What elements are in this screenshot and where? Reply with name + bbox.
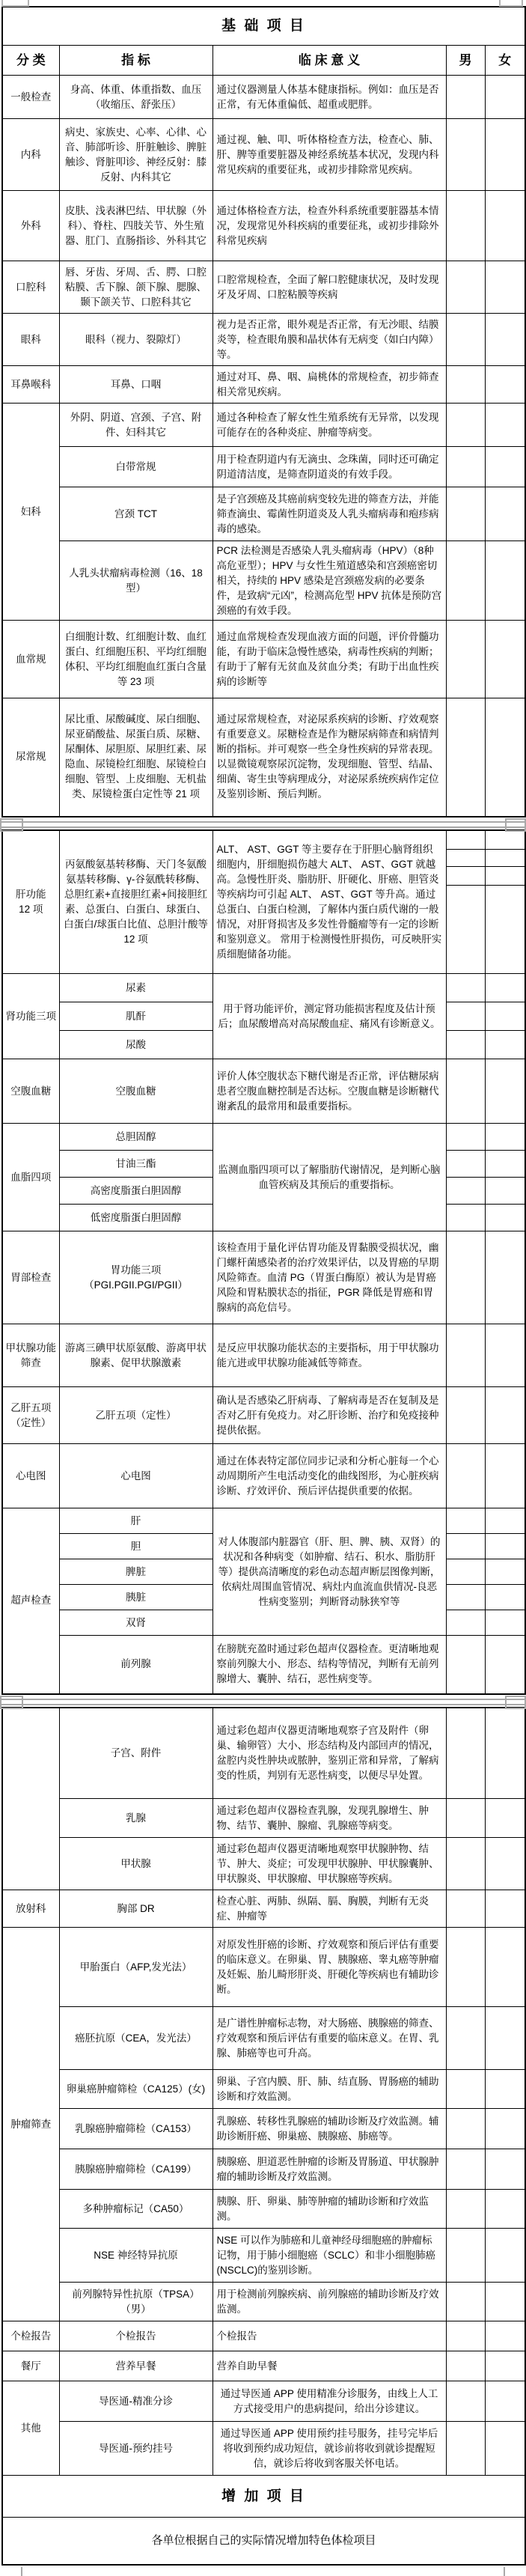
- table-row: 外科皮肤、浅表淋巴结、甲状腺（外科）、脊柱、四肢关节、外生殖器、肛门、直肠指诊、…: [2, 191, 525, 261]
- male-mark-cell: [446, 1231, 485, 1324]
- male-mark-cell: [446, 541, 485, 621]
- category-cell: 心电图: [2, 1444, 59, 1508]
- category-cell: 个检报告: [2, 2321, 59, 2351]
- female-mark-cell: [485, 1508, 525, 1534]
- male-mark-cell: [446, 191, 485, 261]
- male-mark-cell: [446, 447, 485, 487]
- male-mark-cell: [446, 2422, 485, 2476]
- clinical-meaning-cell: 用于检测前列腺疾病、前列腺癌的辅助诊断及疗效监测。: [212, 2283, 446, 2321]
- clinical-meaning-cell: PCR 法检测是否感染人乳头瘤病毒（HPV）（8种高危亚型）；HPV 与女性生殖…: [212, 541, 446, 621]
- female-mark-cell: [485, 1444, 525, 1508]
- female-mark-cell: [485, 2321, 525, 2351]
- male-mark-cell: [446, 2007, 485, 2070]
- male-mark-cell: [446, 1031, 485, 1059]
- male-mark-cell: [446, 2321, 485, 2351]
- table-row: 乳腺癌肿瘤筛检（CA153）乳腺癌、转移性乳腺癌的辅助诊断及疗效监测。辅助诊断肝…: [2, 2109, 525, 2149]
- male-mark-cell: [446, 119, 485, 191]
- male-mark-cell: [446, 1387, 485, 1444]
- indicator-cell: 胸部 DR: [59, 1890, 212, 1928]
- table-row: 乳腺通过彩色超声仪器检查乳腺，发现乳腺增生、肿物、结节、囊肿、腺瘤、乳腺癌等病变…: [2, 1799, 525, 1838]
- female-mark-cell: [485, 1324, 525, 1387]
- female-mark-cell: [485, 119, 525, 191]
- female-mark-cell: [485, 830, 525, 974]
- clinical-meaning-cell: 个检报告: [212, 2321, 446, 2351]
- sub-divider-cell: [486, 867, 525, 886]
- male-mark-cell: [446, 404, 485, 447]
- column-header-female: 女: [485, 46, 525, 76]
- clinical-meaning-cell: 胰腺、肝、卵巢、肺等肿瘤的辅助诊断和疗效监测。: [212, 2190, 446, 2229]
- table-row: 人乳头状瘤病毒检测（16、18型）PCR 法检测是否感染人乳头瘤病毒（HPV）（…: [2, 541, 525, 621]
- male-mark-cell: [446, 2109, 485, 2149]
- male-mark-cell: [446, 1002, 485, 1031]
- clinical-meaning-cell: 是反应甲状腺功能状态的主要指标，用于甲状腺功能亢进或甲状腺功能减低等筛查。: [212, 1324, 446, 1387]
- category-cell: 一般检查: [2, 76, 59, 119]
- indicator-cell: 甲状腺: [59, 1838, 212, 1890]
- female-mark-cell: [485, 1124, 525, 1151]
- clinical-meaning-cell: 检查心脏、两肺、纵隔、膈、胸膜，判断有无炎症、肿瘤等: [212, 1890, 446, 1928]
- indicator-cell: 甲胎蛋白（AFP,发光法）: [59, 1928, 212, 2007]
- page-margin-marker-top-right: [499, 0, 523, 7]
- page-break-bar: [0, 1699, 526, 1705]
- indicator-cell: 高密度脂蛋白胆固醇: [59, 1178, 212, 1205]
- female-mark-cell: [485, 1151, 525, 1178]
- indicator-cell: 眼科（视力、裂隙灯）: [59, 314, 212, 366]
- female-mark-cell: [485, 1838, 525, 1890]
- clinical-meaning-cell: 评价人体空腹状态下糖代谢是否正常，评估糖尿病患者空腹血糖控制是否达标。空腹血糖是…: [212, 1059, 446, 1124]
- male-mark-cell: [446, 2229, 485, 2283]
- clinical-meaning-cell: 口腔常规检查，全面了解口腔健康状况，及时发现牙及牙周、口腔粘膜等疾病: [212, 261, 446, 314]
- table-row: 心电图心电图通过在体表特定部位同步记录和分析心脏每一个心动周期所产生电活动变化的…: [2, 1444, 525, 1508]
- category-cell: 妇科: [2, 404, 59, 621]
- female-mark-cell: [485, 2351, 525, 2381]
- table-row: 胃部检查胃功能三项 （PGI.PGII.PGI/PGII）该检查用于量化评估胃功…: [2, 1231, 525, 1324]
- category-cell: 胃部检查: [2, 1231, 59, 1324]
- female-mark-cell: [485, 261, 525, 314]
- table-row: 前列腺特异性抗原（TPSA）（男）用于检测前列腺疾病、前列腺癌的辅助诊断及疗效监…: [2, 2283, 525, 2321]
- male-mark-cell: [446, 1636, 485, 1694]
- page-break-marker-right: [505, 818, 526, 832]
- table-row: 血脂四项总胆固醇监测血脂四项可以了解脂肪代谢情况，是判断心脑血管疾病及其预后的重…: [2, 1124, 525, 1151]
- female-mark-cell: [485, 1231, 525, 1324]
- female-mark-cell: [485, 1636, 525, 1694]
- female-mark-cell: [485, 541, 525, 621]
- female-mark-cell: [485, 2381, 525, 2422]
- indicator-cell: 尿素: [59, 974, 212, 1002]
- male-mark-cell: [446, 1890, 485, 1928]
- female-mark-cell: [485, 1799, 525, 1838]
- female-mark-cell: [485, 1610, 525, 1636]
- category-cell: [2, 1708, 59, 1890]
- clinical-meaning-cell: 用于肾功能评价，测定肾功能损害程度及估计预后；血尿酸增高对高尿酸血症、痛风有诊断…: [212, 974, 446, 1059]
- indicator-cell: 乳腺癌肿瘤筛检（CA153）: [59, 2109, 212, 2149]
- table-row: 血常规白细胞计数、红细胞计数、血红蛋白、红细胞压积、平均红细胞体积、平均红细胞血…: [2, 621, 525, 698]
- clinical-meaning-cell: 乳腺癌、转移性乳腺癌的辅助诊断及疗效监测。辅助诊断肝癌、卵巢癌、胰腺癌、肺癌等。: [212, 2109, 446, 2149]
- page-break-marker-left: [0, 1696, 23, 1709]
- section-title-added-items: 增 加 项 目: [2, 2476, 525, 2518]
- male-mark-cell: [446, 2190, 485, 2229]
- male-mark-cell: [446, 1708, 485, 1799]
- table-row: 胰腺癌肿瘤筛检（CA199）胰腺癌、胆道恶性肿瘤的诊断及胃肠道、甲状腺肿瘤的辅助…: [2, 2149, 525, 2190]
- female-mark-cell: [485, 2070, 525, 2109]
- clinical-meaning-cell: 确认是否感染乙肝病毒、了解病毒是否在复制及是否对乙肝有免疫力。对乙肝诊断、治疗和…: [212, 1387, 446, 1444]
- indicator-cell: 游离三碘甲状原氨酸、游离甲状腺素、促甲状腺激素: [59, 1324, 212, 1387]
- table-row: 内科病史、家族史、心率、心律、心音、肺部听诊、肝脏触诊、脾脏触诊、肾脏叩诊、神经…: [2, 119, 525, 191]
- column-header-clinical-meaning: 临 床 意 义: [212, 46, 446, 76]
- female-mark-cell: [485, 2283, 525, 2321]
- sub-divider-cell: [447, 867, 485, 886]
- clinical-meaning-cell: ALT、 AST、GGT 等主要存在于肝胆心脑肾组织细胞内，肝细胞损伤越大 AL…: [212, 830, 446, 974]
- clinical-meaning-cell: 通过彩色超声仪器更清晰地观察子宫及附件（卵巢、输卵管）大小、形态结构及内部回声的…: [212, 1708, 446, 1799]
- indicator-cell: 乙肝五项（定性）: [59, 1387, 212, 1444]
- female-mark-cell: [485, 1559, 525, 1585]
- indicator-cell: 前列腺特异性抗原（TPSA）（男）: [59, 2283, 212, 2321]
- table-row: 肾功能三项尿素用于肾功能评价，测定肾功能损害程度及估计预后；血尿酸增高对高尿酸血…: [2, 974, 525, 1002]
- table-row: 甲状腺功能筛查游离三碘甲状原氨酸、游离甲状腺素、促甲状腺激素是反应甲状腺功能状态…: [2, 1324, 525, 1387]
- indicator-cell: 丙氨酸氨基转移酶、天门冬氨酸氨基转移酶、γ-谷氨酰转移酶、总胆红素+直接胆红素+…: [59, 830, 212, 974]
- category-cell: 口腔科: [2, 261, 59, 314]
- indicator-cell: 肝: [59, 1508, 212, 1534]
- male-mark-cell: [446, 974, 485, 1002]
- table-row: 耳鼻喉科耳鼻、口咽通过对耳、鼻、咽、扁桃体的常规检查，初步筛查相关常见疾病。: [2, 366, 525, 404]
- category-cell: 耳鼻喉科: [2, 366, 59, 404]
- clinical-meaning-cell: 通过彩色超声仪器更清晰地观察甲状腺肿物、结节、肿大、炎症；可发现甲状腺肿、甲状腺…: [212, 1838, 446, 1890]
- male-mark-cell: [446, 2070, 485, 2109]
- clinical-meaning-cell: 胰腺癌、胆道恶性肿瘤的诊断及胃肠道、甲状腺肿瘤的辅助诊断及疗效监测。: [212, 2149, 446, 2190]
- male-mark-cell: [446, 1324, 485, 1387]
- clinical-meaning-cell: 通过彩色超声仪器检查乳腺，发现乳腺增生、肿物、结节、囊肿、腺瘤、乳腺癌等病变。: [212, 1799, 446, 1838]
- female-mark-cell: [485, 1002, 525, 1031]
- table-row: 各单位根据自己的实际情况增加特色体检项目: [2, 2518, 525, 2566]
- exam-items-table: 肝功能 12 项丙氨酸氨基转移酶、天门冬氨酸氨基转移酶、γ-谷氨酰转移酶、总胆红…: [1, 829, 526, 1695]
- female-mark-cell: [485, 1387, 525, 1444]
- clinical-meaning-cell: 对人体腹部内脏器官（肝、胆、脾、胰、双肾）的状况和各种病变（如肿瘤、结石、积水、…: [212, 1508, 446, 1636]
- page-break-marker-right: [505, 1696, 526, 1709]
- indicator-cell: 唇、牙齿、牙周、舌、腭、口腔粘膜、舌下腺、颌下腺、腮腺、颞下颌关节、口腔科其它: [59, 261, 212, 314]
- female-mark-cell: [485, 1534, 525, 1559]
- indicator-cell: 宫颈 TCT: [59, 487, 212, 541]
- page-margin-marker-top-left: [1, 0, 29, 7]
- indicator-cell: 心电图: [59, 1444, 212, 1508]
- clinical-meaning-cell: 是子宫颈癌及其癌前病变较先进的筛查方法，并能筛查滴虫、霉菌性阴道炎及人乳头瘤病毒…: [212, 487, 446, 541]
- sub-divider-cell: [486, 850, 525, 867]
- table-row: 口腔科唇、牙齿、牙周、舌、腭、口腔粘膜、舌下腺、颌下腺、腮腺、颞下颌关节、口腔科…: [2, 261, 525, 314]
- exam-table-page-2: 肝功能 12 项丙氨酸氨基转移酶、天门冬氨酸氨基转移酶、γ-谷氨酰转移酶、总胆红…: [0, 829, 526, 1695]
- table-row: 尿常规尿比重、尿酸碱度、尿白细胞、尿亚硝酸盐、尿蛋白质、尿糖、尿酮体、尿胆原、尿…: [2, 698, 525, 817]
- category-cell: 血脂四项: [2, 1124, 59, 1231]
- indicator-cell: 脾脏: [59, 1559, 212, 1585]
- male-mark-cell: [446, 1928, 485, 2007]
- female-mark-cell: [485, 1890, 525, 1928]
- male-mark-cell: [446, 2283, 485, 2321]
- indicator-cell: 胰脏: [59, 1585, 212, 1610]
- indicator-cell: 白带常规: [59, 447, 212, 487]
- table-row: NSE 神经特异抗原NSE 可以作为肺癌和儿童神经母细胞癌的肿瘤标记物，用于肺小…: [2, 2229, 525, 2283]
- category-cell: 甲状腺功能筛查: [2, 1324, 59, 1387]
- indicator-cell: 导医通-精准分诊: [59, 2381, 212, 2422]
- indicator-cell: 尿比重、尿酸碱度、尿白细胞、尿亚硝酸盐、尿蛋白质、尿糖、尿酮体、尿胆原、尿胆红素…: [59, 698, 212, 817]
- indicator-cell: 导医通-预约挂号: [59, 2422, 212, 2476]
- female-mark-cell: [485, 1708, 525, 1799]
- section-title-basic-items: 基 础 项 目: [2, 7, 525, 46]
- clinical-meaning-cell: 用于检查阴道内有无滴虫、念珠菌，同时还可确定阴道清洁度，是筛查阴道炎的有效手段。: [212, 447, 446, 487]
- page-break-2: [0, 1695, 526, 1707]
- table-row: 前列腺在膀胱充盈时通过彩色超声仪器检查。更清晰地观察前列腺大小、形态、结构等情况…: [2, 1636, 525, 1694]
- table-row: 癌胚抗原（CEA，发光法）是广谱性肿瘤标志物，对大肠癌、胰腺癌的筛查、疗效观察和…: [2, 2007, 525, 2070]
- clinical-meaning-cell: 对原发性肝癌的诊断、疗效观察和预后评估有重要的临床意义。在卵巢、胃、胰腺癌、睾丸…: [212, 1928, 446, 2007]
- category-cell: 其他: [2, 2381, 59, 2476]
- male-mark-cell: [446, 1559, 485, 1585]
- female-mark-cell: [485, 2149, 525, 2190]
- table-row: 乙肝五项（定性）乙肝五项（定性）确认是否感染乙肝病毒、了解病毒是否在复制及是否对…: [2, 1387, 525, 1444]
- clinical-meaning-cell: 通过视、触、叩、听体格检查方法，检查心、肺、肝、脾等重要脏器及神经系统基本状况，…: [212, 119, 446, 191]
- table-row: 多种肿瘤标记（CA50）胰腺、肝、卵巢、肺等肿瘤的辅助诊断和疗效监测。: [2, 2190, 525, 2229]
- clinical-meaning-cell: 营养自助早餐: [212, 2351, 446, 2381]
- female-mark-cell: [485, 2229, 525, 2283]
- page-break-bar: [0, 821, 526, 828]
- clinical-meaning-cell: 通过导医通 APP 使用精准分诊服务，由线上人工方式接受用户的患病提问，给出分诊…: [212, 2381, 446, 2422]
- female-mark-cell: [485, 2109, 525, 2149]
- category-cell: 乙肝五项（定性）: [2, 1387, 59, 1444]
- clinical-meaning-cell: 通过体格检查方法，检查外科系统重要脏器基本情况，发现常见外科疾病的重要征兆，或初…: [212, 191, 446, 261]
- male-mark-cell: [446, 76, 485, 119]
- female-mark-cell: [485, 447, 525, 487]
- table-row: 子宫、附件通过彩色超声仪器更清晰地观察子宫及附件（卵巢、输卵管）大小、形态结构及…: [2, 1708, 525, 1799]
- female-mark-cell: [485, 191, 525, 261]
- next-page-edge: [0, 2566, 526, 2576]
- clinical-meaning-cell: 视力是否正常，眼外观是否正常，有无沙眼、结膜炎等，检查眼角膜和晶状体有无病变（如…: [212, 314, 446, 366]
- clinical-meaning-cell: 通过仪器测量人体基本健康指标。例如：血压是否正常，有无体重偏低、超重或肥胖。: [212, 76, 446, 119]
- indicator-cell: 身高、体重、体重指数、血压（收缩压、舒张压）: [59, 76, 212, 119]
- female-mark-cell: [485, 621, 525, 698]
- female-mark-cell: [485, 76, 525, 119]
- category-cell: 外科: [2, 191, 59, 261]
- category-cell: 放射科: [2, 1890, 59, 1928]
- category-cell: 肝功能 12 项: [2, 830, 59, 974]
- clinical-meaning-cell: 通过尿常规检查，对泌尿系疾病的诊断、疗效观察有重要意义。尿糖检查是作为糖尿病筛查…: [212, 698, 446, 817]
- exam-items-table: 基 础 项 目分 类指 标临 床 意 义男女一般检查身高、体重、体重指数、血压（…: [1, 6, 526, 817]
- male-mark-cell: [446, 621, 485, 698]
- male-mark-cell: [446, 1444, 485, 1508]
- indicator-cell: 卵巢癌肿瘤筛检（CA125）(女): [59, 2070, 212, 2109]
- indicator-cell: 癌胚抗原（CEA，发光法）: [59, 2007, 212, 2070]
- category-cell: 尿常规: [2, 698, 59, 817]
- column-header-male: 男: [446, 46, 485, 76]
- indicator-cell: 耳鼻、口咽: [59, 366, 212, 404]
- category-cell: 超声检查: [2, 1508, 59, 1694]
- added-items-note: 各单位根据自己的实际情况增加特色体检项目: [2, 2518, 525, 2566]
- male-mark-cell: [446, 1534, 485, 1559]
- indicator-cell: 子宫、附件: [59, 1708, 212, 1799]
- indicator-cell: 营养早餐: [59, 2351, 212, 2381]
- female-mark-cell: [485, 2007, 525, 2070]
- female-mark-cell: [485, 366, 525, 404]
- indicator-cell: 空腹血糖: [59, 1059, 212, 1124]
- indicator-cell: 白细胞计数、红细胞计数、血红蛋白、红细胞压积、平均红细胞体积、平均红细胞血红蛋白…: [59, 621, 212, 698]
- category-cell: 眼科: [2, 314, 59, 366]
- male-mark-cell: [446, 830, 485, 974]
- clinical-meaning-cell: 通过各种检查了解女性生殖系统有无异常，以发现可能存在的各种炎症、肿瘤等病变。: [212, 404, 446, 447]
- male-mark-cell: [446, 1059, 485, 1124]
- indicator-cell: 个检报告: [59, 2321, 212, 2351]
- indicator-cell: 病史、家族史、心率、心律、心音、肺部听诊、肝脏触诊、脾脏触诊、肾脏叩诊、神经反射…: [59, 119, 212, 191]
- female-mark-cell: [485, 974, 525, 1002]
- category-cell: 肾功能三项: [2, 974, 59, 1059]
- clinical-meaning-cell: 在膀胱充盈时通过彩色超声仪器检查。更清晰地观察前列腺大小、形态、结构等情况，判断…: [212, 1636, 446, 1694]
- category-cell: 血常规: [2, 621, 59, 698]
- male-mark-cell: [446, 261, 485, 314]
- indicator-cell: 前列腺: [59, 1636, 212, 1694]
- table-row: 妇科外阴、阴道、宫颈、子宫、附件、妇科其它通过各种检查了解女性生殖系统有无异常，…: [2, 404, 525, 447]
- table-row: 空腹血糖空腹血糖评价人体空腹状态下糖代谢是否正常，评估糖尿病患者空腹血糖控制是否…: [2, 1059, 525, 1124]
- clinical-meaning-cell: 通过导医通 APP 使用预约挂号服务，挂号完毕后将收到预约成功短信，就诊前将收到…: [212, 2422, 446, 2476]
- clinical-meaning-cell: 是广谱性肿瘤标志物，对大肠癌、胰腺癌的筛查、疗效观察和预后评估有重要的临床意义。…: [212, 2007, 446, 2070]
- indicator-cell: 肌酐: [59, 1002, 212, 1031]
- female-mark-cell: [485, 2190, 525, 2229]
- female-mark-cell: [485, 698, 525, 817]
- table-row: 宫颈 TCT是子宫颈癌及其癌前病变较先进的筛查方法，并能筛查滴虫、霉菌性阴道炎及…: [2, 487, 525, 541]
- female-mark-cell: [485, 1205, 525, 1231]
- indicator-cell: 多种肿瘤标记（CA50）: [59, 2190, 212, 2229]
- exam-table-page-3: 子宫、附件通过彩色超声仪器更清晰地观察子宫及附件（卵巢、输卵管）大小、形态结构及…: [0, 1707, 526, 2566]
- male-mark-cell: [446, 1799, 485, 1838]
- exam-table-page-1: 基 础 项 目分 类指 标临 床 意 义男女一般检查身高、体重、体重指数、血压（…: [0, 6, 526, 817]
- indicator-cell: 胰腺癌肿瘤筛检（CA199）: [59, 2149, 212, 2190]
- male-mark-cell: [446, 2149, 485, 2190]
- category-cell: 内科: [2, 119, 59, 191]
- column-header-category: 分 类: [2, 46, 59, 76]
- female-mark-cell: [485, 314, 525, 366]
- table-row: 一般检查身高、体重、体重指数、血压（收缩压、舒张压）通过仪器测量人体基本健康指标…: [2, 76, 525, 119]
- sub-divider-cell: [447, 831, 485, 850]
- male-mark-cell: [446, 1151, 485, 1178]
- table-row: 导医通-预约挂号通过导医通 APP 使用预约挂号服务，挂号完毕后将收到预约成功短…: [2, 2422, 525, 2476]
- female-mark-cell: [485, 1059, 525, 1124]
- female-mark-cell: [485, 404, 525, 447]
- table-row: 餐厅营养早餐营养自助早餐: [2, 2351, 525, 2381]
- table-row: 眼科眼科（视力、裂隙灯）视力是否正常，眼外观是否正常，有无沙眼、结膜炎等，检查眼…: [2, 314, 525, 366]
- male-mark-cell: [446, 1124, 485, 1151]
- exam-items-table: 子宫、附件通过彩色超声仪器更清晰地观察子宫及附件（卵巢、输卵管）大小、形态结构及…: [1, 1707, 526, 2566]
- indicator-cell: 胆: [59, 1534, 212, 1559]
- table-row: 增 加 项 目: [2, 2476, 525, 2518]
- male-mark-cell: [446, 1178, 485, 1205]
- male-mark-cell: [446, 698, 485, 817]
- indicator-cell: 乳腺: [59, 1799, 212, 1838]
- female-mark-cell: [485, 2422, 525, 2476]
- page-break-1: [0, 817, 526, 829]
- page-margin-marker-bottom-left: [0, 2567, 22, 2576]
- clinical-meaning-cell: 该检查用于量化评估胃功能及胃黏膜受损状况，幽门螺杆菌感染者的治疗效果评估，以及胃…: [212, 1231, 446, 1324]
- male-mark-cell: [446, 1838, 485, 1890]
- clinical-meaning-cell: NSE 可以作为肺癌和儿童神经母细胞癌的肿瘤标记物，用于肺小细胞癌（SCLC）和…: [212, 2229, 446, 2283]
- male-mark-cell: [446, 366, 485, 404]
- clinical-meaning-cell: 卵巢、子宫内膜、肝、肺、结直肠、胃肠癌的辅助诊断和疗效监测。: [212, 2070, 446, 2109]
- category-cell: 空腹血糖: [2, 1059, 59, 1124]
- male-mark-cell: [446, 487, 485, 541]
- female-mark-cell: [485, 487, 525, 541]
- table-row: 白带常规用于检查阴道内有无滴虫、念珠菌，同时还可确定阴道清洁度，是筛查阴道炎的有…: [2, 447, 525, 487]
- table-row: 肝功能 12 项丙氨酸氨基转移酶、天门冬氨酸氨基转移酶、γ-谷氨酰转移酶、总胆红…: [2, 830, 525, 974]
- female-mark-cell: [485, 1585, 525, 1610]
- table-row: 肿瘤筛查甲胎蛋白（AFP,发光法）对原发性肝癌的诊断、疗效观察和预后评估有重要的…: [2, 1928, 525, 2007]
- table-row: 基 础 项 目: [2, 7, 525, 46]
- table-row: 放射科胸部 DR检查心脏、两肺、纵隔、膈、胸膜，判断有无炎症、肿瘤等: [2, 1890, 525, 1928]
- female-mark-cell: [485, 1031, 525, 1059]
- table-row: 分 类指 标临 床 意 义男女: [2, 46, 525, 76]
- column-header-indicator: 指 标: [59, 46, 212, 76]
- male-mark-cell: [446, 2351, 485, 2381]
- indicator-cell: 外阴、阴道、宫颈、子宫、附件、妇科其它: [59, 404, 212, 447]
- indicator-cell: 总胆固醇: [59, 1124, 212, 1151]
- indicator-cell: 尿酸: [59, 1031, 212, 1059]
- male-mark-cell: [446, 314, 485, 366]
- clinical-meaning-cell: 通过对耳、鼻、咽、扁桃体的常规检查，初步筛查相关常见疾病。: [212, 366, 446, 404]
- table-row: 卵巢癌肿瘤筛检（CA125）(女)卵巢、子宫内膜、肝、肺、结直肠、胃肠癌的辅助诊…: [2, 2070, 525, 2109]
- female-mark-cell: [485, 1178, 525, 1205]
- clinical-meaning-cell: 通过在体表特定部位同步记录和分析心脏每一个心动周期所产生电活动变化的曲线图形，为…: [212, 1444, 446, 1508]
- indicator-cell: 双肾: [59, 1610, 212, 1636]
- sub-divider-cell: [486, 831, 525, 850]
- table-row: 甲状腺通过彩色超声仪器更清晰地观察甲状腺肿物、结节、肿大、炎症；可发现甲状腺肿、…: [2, 1838, 525, 1890]
- table-row: 个检报告个检报告个检报告: [2, 2321, 525, 2351]
- clinical-meaning-cell: 通过血常规检查发现血液方面的问题，评价骨髓功能，有助于临床急慢性感染，病毒性疾病…: [212, 621, 446, 698]
- female-mark-cell: [485, 1928, 525, 2007]
- male-mark-cell: [446, 1585, 485, 1610]
- indicator-cell: 皮肤、浅表淋巴结、甲状腺（外科）、脊柱、四肢关节、外生殖器、肛门、直肠指诊、外科…: [59, 191, 212, 261]
- category-cell: 餐厅: [2, 2351, 59, 2381]
- indicator-cell: NSE 神经特异抗原: [59, 2229, 212, 2283]
- indicator-cell: 胃功能三项 （PGI.PGII.PGI/PGII）: [59, 1231, 212, 1324]
- table-row: 超声检查肝对人体腹部内脏器官（肝、胆、脾、胰、双肾）的状况和各种病变（如肿瘤、结…: [2, 1508, 525, 1534]
- male-mark-cell: [446, 1610, 485, 1636]
- sub-divider-cell: [447, 850, 485, 867]
- male-mark-cell: [446, 2381, 485, 2422]
- page-margin-marker-bottom-right: [504, 2567, 526, 2576]
- page-break-marker-left: [0, 818, 23, 832]
- male-mark-cell: [446, 1508, 485, 1534]
- category-cell: 肿瘤筛查: [2, 1928, 59, 2321]
- indicator-cell: 甘油三酯: [59, 1151, 212, 1178]
- clinical-meaning-cell: 监测血脂四项可以了解脂肪代谢情况，是判断心脑血管疾病及其预后的重要指标。: [212, 1124, 446, 1231]
- indicator-cell: 低密度脂蛋白胆固醇: [59, 1205, 212, 1231]
- indicator-cell: 人乳头状瘤病毒检测（16、18型）: [59, 541, 212, 621]
- male-mark-cell: [446, 1205, 485, 1231]
- table-row: 其他导医通-精准分诊通过导医通 APP 使用精准分诊服务，由线上人工方式接受用户…: [2, 2381, 525, 2422]
- medical-exam-package-document: 基 础 项 目分 类指 标临 床 意 义男女一般检查身高、体重、体重指数、血压（…: [0, 0, 526, 2576]
